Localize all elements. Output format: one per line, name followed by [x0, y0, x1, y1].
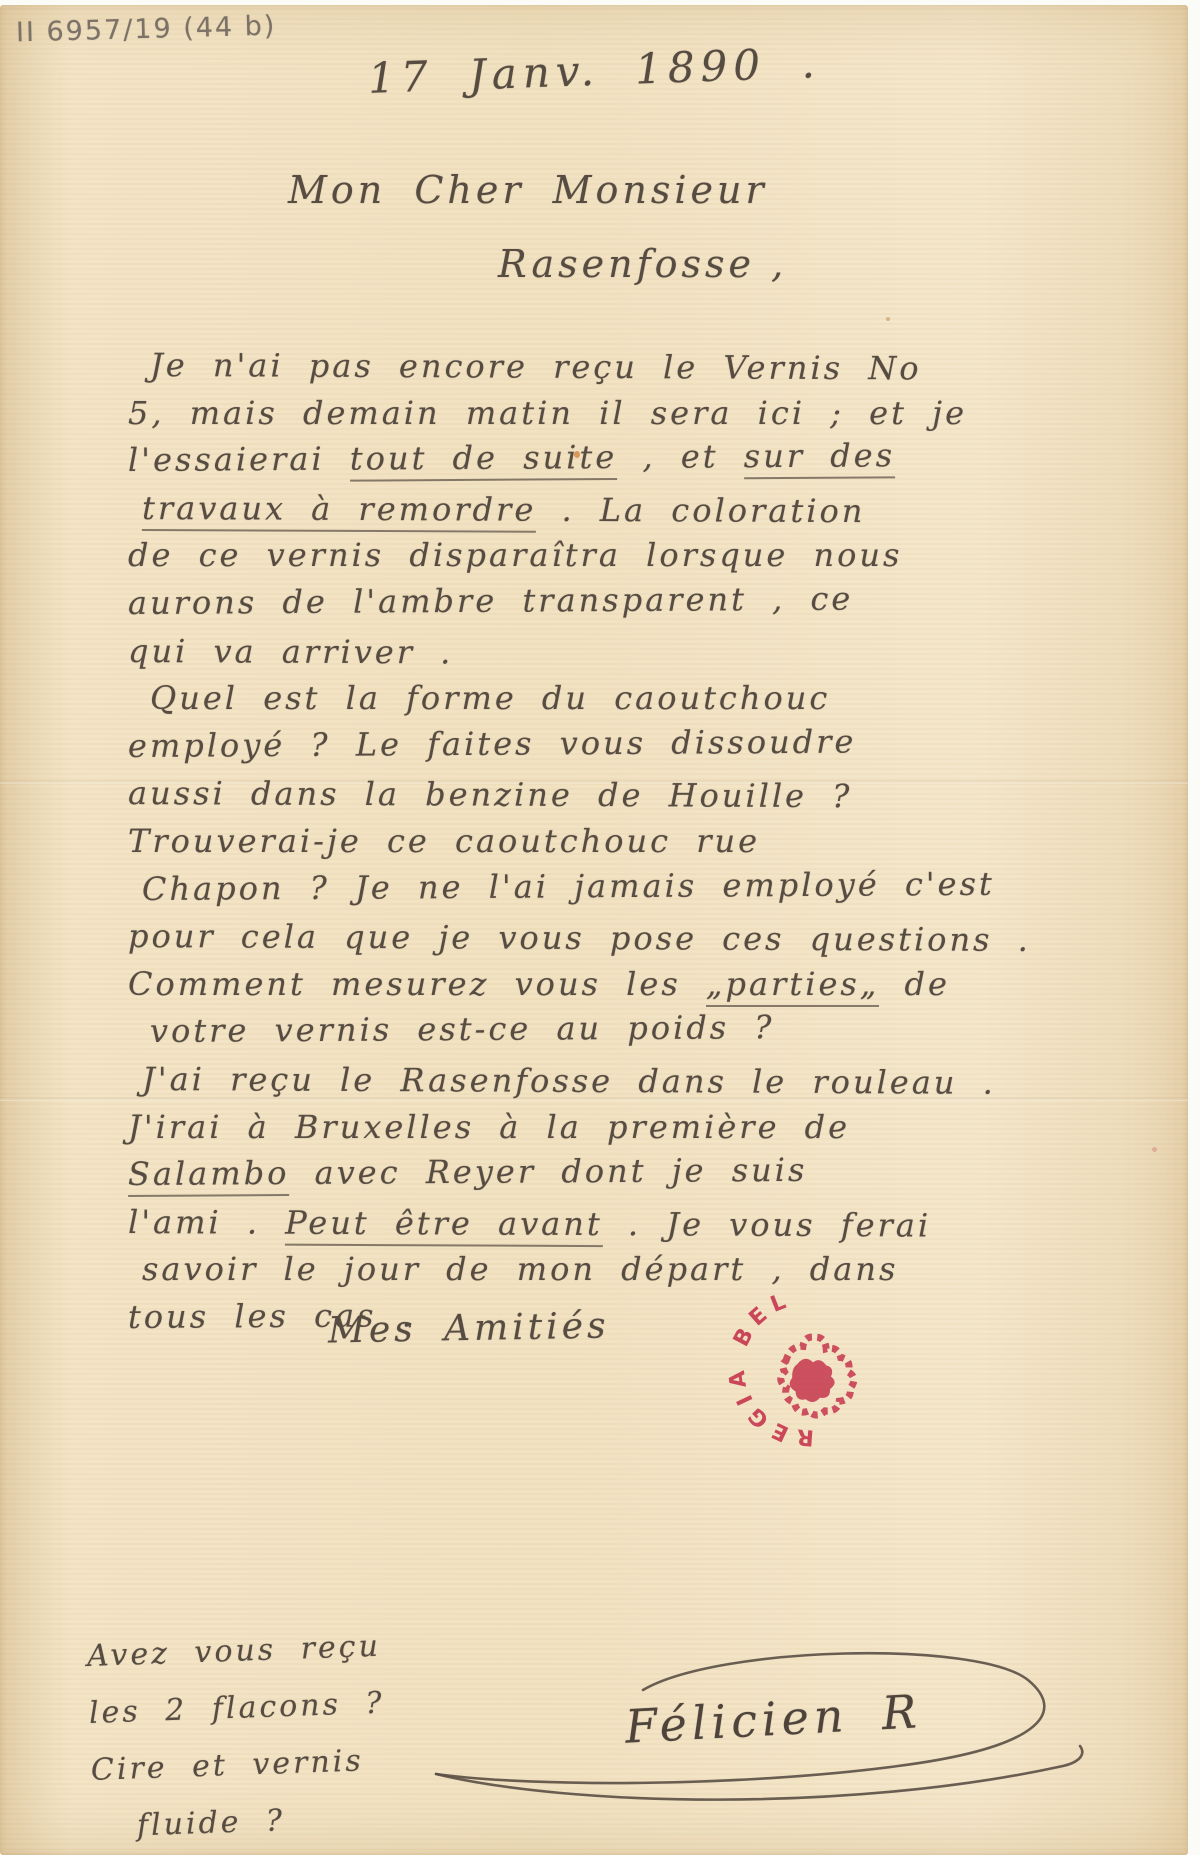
letter-line: l'ami . Peut être avant . Je vous ferai: [128, 1199, 1138, 1251]
letter-line: 5, mais demain matin il sera ici ; et je: [128, 390, 1138, 438]
paper-speck: [1152, 1147, 1157, 1152]
letter-line: Je n'ai pas encore reçu le Vernis No: [150, 342, 1138, 394]
postscript-line: Avez vous reçu: [86, 1618, 383, 1685]
postscript-line: les 2 flacons ?: [88, 1675, 385, 1742]
letter-line: aurons de l'ambre transparent , ce: [128, 574, 1138, 628]
letter-line: Salambo avec Reyer dont je suis: [128, 1145, 1138, 1199]
letter-line: Quel est la forme du caoutchouc: [150, 675, 1138, 723]
postscript: Avez vous reçules 2 flacons ?Cire et ver…: [86, 1618, 389, 1855]
letter-line: de ce vernis disparaîtra lorsque nous: [128, 532, 1138, 580]
postscript-line: Cire et vernis: [90, 1732, 387, 1799]
letter-line: qui va arriver .: [128, 628, 1138, 680]
paper-speck: [886, 317, 890, 321]
letter-line: travaux à remordre . La coloration: [142, 485, 1138, 537]
postscript-line: fluide ?: [136, 1789, 390, 1855]
letter-line: employé ? Le faites vous dissoudre: [128, 717, 1138, 771]
letter-line: savoir le jour de mon départ , dans: [142, 1246, 1138, 1294]
letter-line: votre vernis est-ce au poids ?: [150, 1002, 1138, 1056]
letter-line: Chapon ? Je ne l'ai jamais employé c'est: [142, 859, 1138, 913]
salutation-line-1: Mon Cher Monsieur: [288, 168, 768, 212]
letter-line: J'irai à Bruxelles à la première de: [128, 1104, 1138, 1152]
stamp-lion-icon: [772, 1329, 860, 1421]
letter-line: Comment mesurez vous les „parties„ de: [128, 961, 1138, 1009]
letter-line: tous les cas .: [128, 1288, 1138, 1342]
letter-body: Je n'ai pas encore reçu le Vernis No5, m…: [128, 342, 1138, 1341]
letter-line: J'ai reçu le Rasenfosse dans le rouleau …: [142, 1056, 1138, 1108]
salutation-line-2: Rasenfosse ,: [498, 242, 787, 286]
letter-line: pour cela que je vous pose ces questions…: [128, 913, 1138, 965]
closing-line: Mes Amitiés: [328, 1306, 610, 1352]
letter-line: l'essaierai tout de suite , et sur des: [128, 431, 1138, 485]
letter-line: aussi dans la benzine de Houille ?: [128, 770, 1138, 822]
letter-line: Trouverai-je ce caoutchouc rue: [128, 818, 1138, 866]
